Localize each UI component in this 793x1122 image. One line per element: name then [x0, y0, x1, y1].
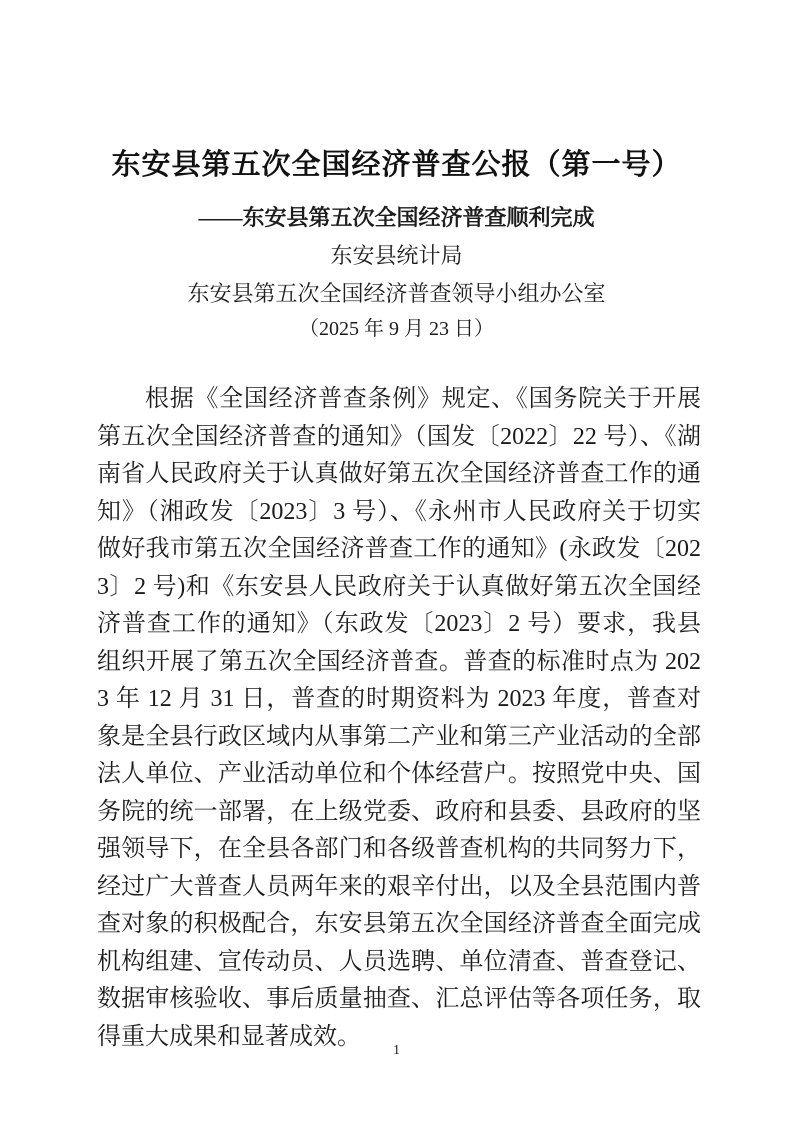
document-page: 东安县第五次全国经济普查公报（第一号） ——东安县第五次全国经济普查顺利完成 东… [0, 0, 793, 1122]
document-subtitle: ——东安县第五次全国经济普查顺利完成 [0, 202, 793, 233]
document-body: 根据《全国经济普查条例》规定、《国务院关于开展第五次全国经济普查的通知》（国发〔… [97, 381, 701, 1056]
publish-date: （2025 年 9 月 23 日） [0, 315, 793, 344]
document-title: 东安县第五次全国经济普查公报（第一号） [0, 145, 793, 185]
document-header: 东安县第五次全国经济普查公报（第一号） ——东安县第五次全国经济普查顺利完成 东… [0, 0, 793, 344]
issuer-line-statistics-bureau: 东安县统计局 [0, 241, 793, 271]
document-footer: 1 [0, 1041, 793, 1060]
page-number: 1 [393, 1043, 400, 1058]
body-paragraph: 根据《全国经济普查条例》规定、《国务院关于开展第五次全国经济普查的通知》（国发〔… [97, 381, 701, 1056]
issuer-line-census-leading-group-office: 东安县第五次全国经济普查领导小组办公室 [0, 279, 793, 309]
